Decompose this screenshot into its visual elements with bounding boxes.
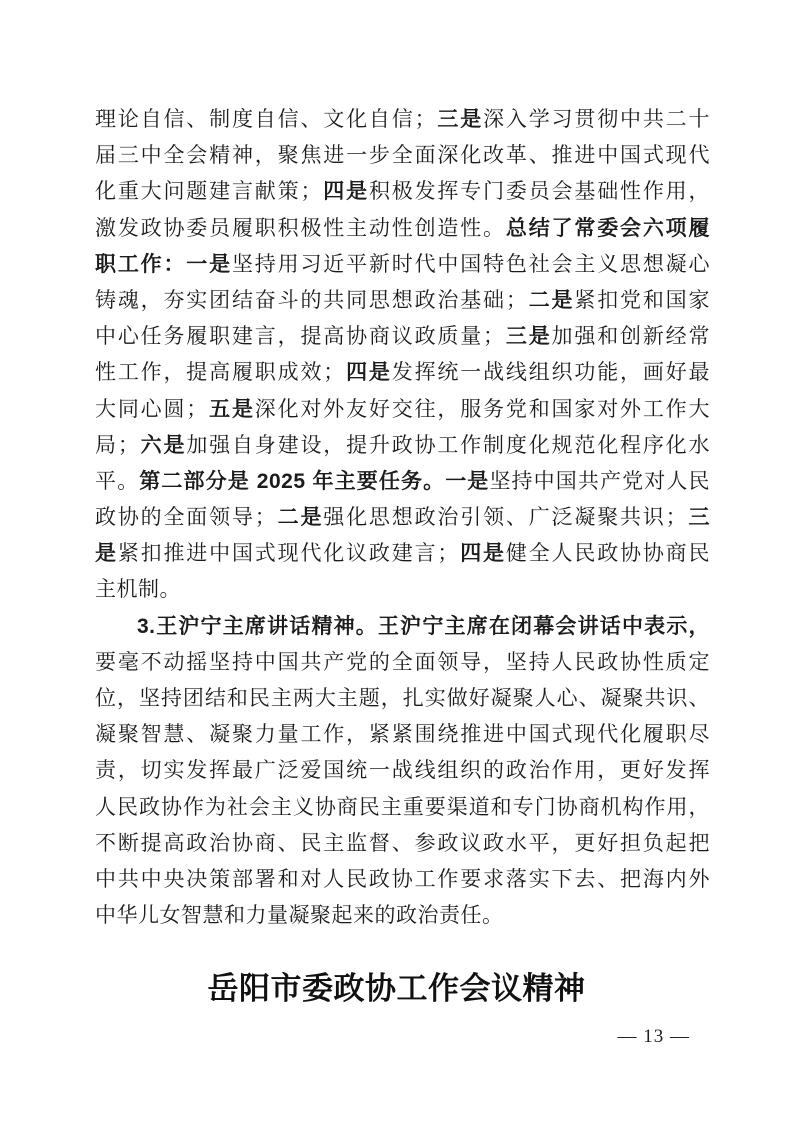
text-segment: 凝聚智慧、凝聚力量工作，紧紧围绕推进中国式现代化履职尽 [95, 722, 710, 746]
bold-text-segment: 五是 [208, 398, 255, 421]
bold-text-segment: 总结了常委会六项履 [506, 217, 710, 240]
text-line: 局；六是加强自身建设，提升政协工作制度化规范化程序化水 [95, 427, 710, 463]
text-segment: 中共中央决策部署和对人民政协工作要求落实下去、把海内外 [95, 867, 710, 891]
bold-text-segment: 四是 [459, 542, 506, 565]
text-line: 中心任务履职建言，提高协商议政质量；三是加强和创新经常 [95, 318, 710, 354]
text-segment: 中华儿女智慧和力量凝聚起来的政治责任。 [95, 903, 504, 927]
text-line: 主机制。 [95, 571, 710, 607]
text-segment: 加强和创新经常 [552, 324, 710, 348]
text-line: 中共中央决策部署和对人民政协工作要求落实下去、把海内外 [95, 861, 710, 897]
text-line: 激发政协委员履职积极性主动性创造性。总结了常委会六项履 [95, 210, 710, 246]
text-segment: 中心任务履职建言，提高协商议政质量； [95, 324, 505, 348]
text-line: 铸魂，夯实团结奋斗的共同思想政治基础；二是紧扣党和国家 [95, 282, 710, 318]
text-line: 政协的全面领导；二是强化思想政治引领、广泛凝聚共识；三 [95, 499, 710, 535]
text-segment: 坚持中国共产党对人民 [489, 469, 710, 493]
section-heading: 岳阳市委政协工作会议精神 [0, 969, 793, 1009]
text-segment: 深化对外友好交往，服务党和国家对外工作大 [255, 397, 710, 421]
text-line: 人民政协作为社会主义协商民主重要渠道和专门协商机构作用， [95, 789, 710, 825]
text-segment: 紧扣党和国家 [574, 288, 710, 312]
text-line: 是紧扣推进中国式现代化议政建言；四是健全人民政协协商民 [95, 535, 710, 571]
bold-text-segment: 是 [95, 542, 118, 565]
text-segment: 健全人民政协协商民 [506, 541, 710, 565]
text-segment: 发挥统一战线组织功能，画好最 [392, 360, 710, 384]
text-segment: 深入学习贯彻中共二十 [483, 107, 710, 131]
text-segment: 政协的全面领导； [95, 505, 276, 529]
bold-text-segment: 三是 [436, 108, 483, 131]
text-segment: 局； [95, 433, 139, 457]
text-line: 要毫不动摇坚持中国共产党的全面领导，坚持人民政协性质定 [95, 644, 710, 680]
text-segment: 紧扣推进中国式现代化议政建言； [118, 541, 459, 565]
text-segment: 大同心圆； [95, 397, 208, 421]
text-segment: 届三中全会精神，聚焦进一步全面深化改革、推进中国式现代 [95, 143, 710, 167]
text-segment: 积极发挥专门委员会基础性作用， [369, 179, 710, 203]
bold-text-segment: 二是 [527, 289, 574, 312]
page-number: — 13 — [618, 1026, 691, 1048]
text-segment: 坚持用习近平新时代中国特色社会主义思想凝心 [232, 252, 710, 276]
text-segment: 激发政协委员履职积极性主动性创造性。 [95, 216, 506, 240]
bold-text-segment: 职工作：一是 [95, 253, 232, 276]
text-segment: 铸魂，夯实团结奋斗的共同思想政治基础； [95, 288, 527, 312]
text-line: 不断提高政治协商、民主监督、参政议政水平，更好担负起把 [95, 825, 710, 861]
bold-text-segment: 四是 [322, 180, 369, 203]
text-line: 届三中全会精神，聚焦进一步全面深化改革、推进中国式现代 [95, 137, 710, 173]
bold-text-segment: 六是 [139, 434, 186, 457]
text-line: 化重大问题建言献策；四是积极发挥专门委员会基础性作用， [95, 173, 710, 209]
text-line: 位，坚持团结和民主两大主题，扎实做好凝聚人心、凝聚共识、 [95, 680, 710, 716]
text-line: 责，切实发挥最广泛爱国统一战线组织的政治作用，更好发挥 [95, 752, 710, 788]
text-segment: 要毫不动摇坚持中国共产党的全面领导，坚持人民政协性质定 [95, 650, 710, 674]
text-segment: 化重大问题建言献策； [95, 179, 322, 203]
text-line: 理论自信、制度自信、文化自信；三是深入学习贯彻中共二十 [95, 101, 710, 137]
text-segment: 人民政协作为社会主义协商民主重要渠道和专门协商机构作用， [95, 795, 710, 819]
bold-text-segment: 二是 [276, 506, 323, 529]
document-page: 理论自信、制度自信、文化自信；三是深入学习贯彻中共二十届三中全会精神，聚焦进一步… [0, 0, 793, 1122]
text-segment: 强化思想政治引领、广泛凝聚共识； [323, 505, 687, 529]
bold-text-segment: 3.王沪宁主席讲话精神。王沪宁主席在闭幕会讲话中表示， [137, 615, 710, 638]
text-segment: 平。 [95, 469, 139, 493]
text-line: 性工作，提高履职成效；四是发挥统一战线组织功能，画好最 [95, 354, 710, 390]
text-line: 3.王沪宁主席讲话精神。王沪宁主席在闭幕会讲话中表示， [95, 608, 710, 644]
bold-text-segment: 三是 [505, 325, 552, 348]
text-line: 中华儿女智慧和力量凝聚起来的政治责任。 [95, 897, 710, 933]
text-segment: 理论自信、制度自信、文化自信； [95, 107, 436, 131]
text-line: 大同心圆；五是深化对外友好交往，服务党和国家对外工作大 [95, 391, 710, 427]
bold-text-segment: 三 [687, 506, 710, 529]
text-line: 职工作：一是坚持用习近平新时代中国特色社会主义思想凝心 [95, 246, 710, 282]
text-line: 凝聚智慧、凝聚力量工作，紧紧围绕推进中国式现代化履职尽 [95, 716, 710, 752]
text-segment: 主机制。 [95, 577, 181, 601]
bold-text-segment: 第二部分是 2025 年主要任务。一是 [139, 470, 489, 493]
text-segment: 加强自身建设，提升政协工作制度化规范化程序化水 [186, 433, 710, 457]
text-segment: 位，坚持团结和民主两大主题，扎实做好凝聚人心、凝聚共识、 [95, 686, 710, 710]
body-text-block: 理论自信、制度自信、文化自信；三是深入学习贯彻中共二十届三中全会精神，聚焦进一步… [95, 101, 710, 933]
bold-text-segment: 四是 [345, 361, 392, 384]
text-segment: 性工作，提高履职成效； [95, 360, 345, 384]
text-segment: 责，切实发挥最广泛爱国统一战线组织的政治作用，更好发挥 [95, 758, 710, 782]
text-segment: 不断提高政治协商、民主监督、参政议政水平，更好担负起把 [95, 831, 710, 855]
text-line: 平。第二部分是 2025 年主要任务。一是坚持中国共产党对人民 [95, 463, 710, 499]
